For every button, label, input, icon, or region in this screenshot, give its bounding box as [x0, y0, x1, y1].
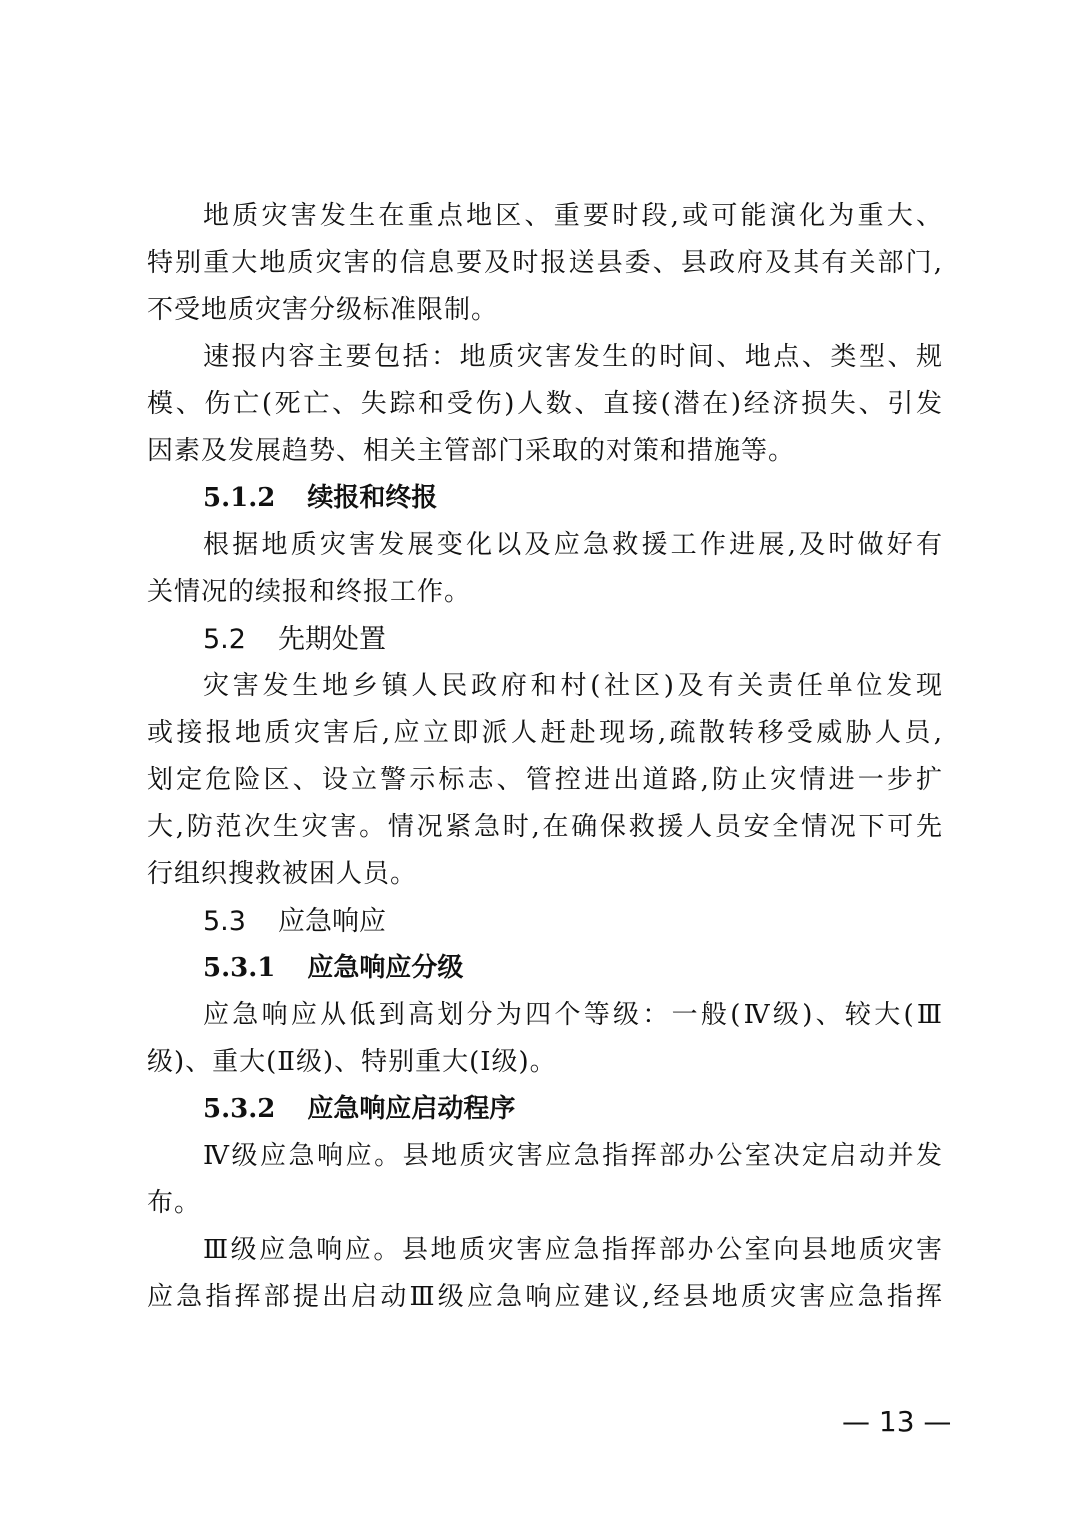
paragraph-level-4-response: Ⅳ级应急响应。县地质灾害应急指挥部办公室决定启动并发 布。 [147, 1133, 943, 1227]
text-line: 行组织搜救被困人员。 [147, 851, 943, 898]
text-line: 应急响应从低到高划分为四个等级：一般(Ⅳ级)、较大(Ⅲ [147, 992, 943, 1039]
heading-title: 应急响应启动程序 [307, 1094, 515, 1124]
heading-title: 先期处置 [278, 624, 386, 655]
heading-title: 续报和终报 [307, 483, 437, 513]
heading-number: 5.3.1 [203, 945, 275, 992]
text-line: 不受地质灾害分级标准限制。 [147, 287, 943, 334]
text-line: 因素及发展趋势、相关主管部门采取的对策和措施等。 [147, 428, 943, 475]
heading-title: 应急响应分级 [307, 953, 463, 983]
text-line: Ⅲ级应急响应。县地质灾害应急指挥部办公室向县地质灾害 [147, 1227, 943, 1274]
document-page: 地质灾害发生在重点地区、重要时段,或可能演化为重大、 特别重大地质灾害的信息要及… [147, 193, 943, 1321]
text-line: 应急指挥部提出启动Ⅲ级应急响应建议,经县地质灾害应急指挥 [147, 1274, 943, 1321]
text-line: Ⅳ级应急响应。县地质灾害应急指挥部办公室决定启动并发 [147, 1133, 943, 1180]
text-line: 级)、重大(Ⅱ级)、特别重大(Ⅰ级)。 [147, 1039, 943, 1086]
heading-5-3-2: 5.3.2应急响应启动程序 [147, 1086, 943, 1133]
heading-title: 应急响应 [278, 906, 386, 937]
paragraph-report-content: 速报内容主要包括：地质灾害发生的时间、地点、类型、规 模、伤亡(死亡、失踪和受伤… [147, 334, 943, 475]
heading-number: 5.3 [203, 898, 246, 945]
text-line: 关情况的续报和终报工作。 [147, 569, 943, 616]
text-line: 或接报地质灾害后,应立即派人赶赴现场,疏散转移受威胁人员, [147, 710, 943, 757]
paragraph-level-3-response: Ⅲ级应急响应。县地质灾害应急指挥部办公室向县地质灾害 应急指挥部提出启动Ⅲ级应急… [147, 1227, 943, 1321]
heading-number: 5.2 [203, 616, 246, 663]
text-line: 划定危险区、设立警示标志、管控进出道路,防止灾情进一步扩 [147, 757, 943, 804]
text-line: 特别重大地质灾害的信息要及时报送县委、县政府及其有关部门, [147, 240, 943, 287]
text-line: 灾害发生地乡镇人民政府和村(社区)及有关责任单位发现 [147, 663, 943, 710]
paragraph-report-scope: 地质灾害发生在重点地区、重要时段,或可能演化为重大、 特别重大地质灾害的信息要及… [147, 193, 943, 334]
heading-5-1-2: 5.1.2续报和终报 [147, 475, 943, 522]
text-line: 大,防范次生灾害。情况紧急时,在确保救援人员安全情况下可先 [147, 804, 943, 851]
heading-5-2: 5.2先期处置 [147, 616, 943, 663]
paragraph-response-levels: 应急响应从低到高划分为四个等级：一般(Ⅳ级)、较大(Ⅲ 级)、重大(Ⅱ级)、特别… [147, 992, 943, 1086]
paragraph-initial-response: 灾害发生地乡镇人民政府和村(社区)及有关责任单位发现 或接报地质灾害后,应立即派… [147, 663, 943, 898]
page-number: — 13 — [842, 1405, 951, 1438]
text-line: 模、伤亡(死亡、失踪和受伤)人数、直接(潜在)经济损失、引发 [147, 381, 943, 428]
text-line: 根据地质灾害发展变化以及应急救援工作进展,及时做好有 [147, 522, 943, 569]
heading-number: 5.3.2 [203, 1086, 275, 1133]
heading-5-3: 5.3应急响应 [147, 898, 943, 945]
paragraph-follow-up-report: 根据地质灾害发展变化以及应急救援工作进展,及时做好有 关情况的续报和终报工作。 [147, 522, 943, 616]
heading-5-3-1: 5.3.1应急响应分级 [147, 945, 943, 992]
text-line: 布。 [147, 1180, 943, 1227]
text-line: 速报内容主要包括：地质灾害发生的时间、地点、类型、规 [147, 334, 943, 381]
heading-number: 5.1.2 [203, 475, 275, 522]
text-line: 地质灾害发生在重点地区、重要时段,或可能演化为重大、 [147, 193, 943, 240]
